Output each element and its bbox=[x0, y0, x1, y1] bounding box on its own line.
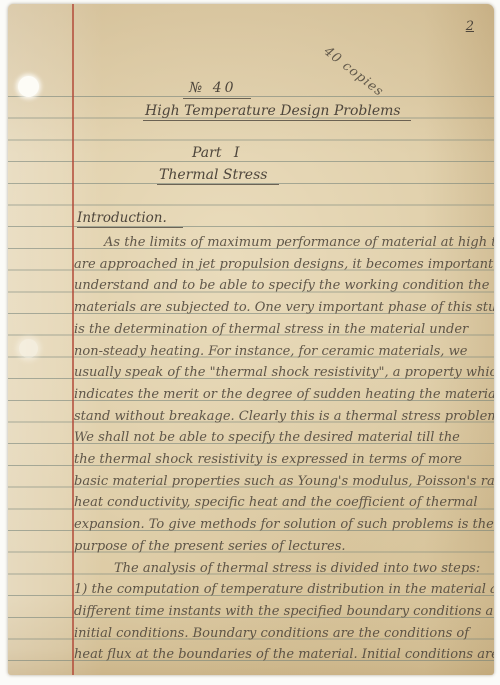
manuscript-line: heat flux at the boundaries of the mater… bbox=[74, 644, 494, 666]
manuscript-line: usually speak of the "thermal shock resi… bbox=[74, 362, 494, 384]
manuscript-line: different time instants with the specifi… bbox=[74, 601, 494, 623]
document-title: High Temperature Design Problems bbox=[143, 103, 411, 121]
hole-punch-bottom bbox=[19, 339, 38, 358]
manuscript-line: basic material properties such as Young'… bbox=[74, 471, 494, 493]
manuscript-line: understand and to be able to specify the… bbox=[74, 275, 494, 297]
manuscript-line: heat conductivity, specific heat and the… bbox=[74, 492, 494, 514]
manuscript-line: are approached in jet propulsion designs… bbox=[74, 254, 494, 276]
manuscript-body: As the limits of maximum performance of … bbox=[74, 232, 494, 668]
manuscript-line: The analysis of thermal stress is divide… bbox=[74, 558, 494, 580]
doc-number: № 40 bbox=[183, 80, 251, 99]
part-heading: Part I bbox=[192, 145, 239, 161]
scanned-page: 2 40 copies № 40 High Temperature Design… bbox=[0, 0, 500, 685]
copies-annotation: 40 copies bbox=[321, 44, 387, 100]
section-subtitle: Thermal Stress bbox=[157, 167, 279, 185]
manuscript-line: is the determination of thermal stress i… bbox=[74, 319, 494, 341]
manuscript-line: materials are subjected to. One very imp… bbox=[74, 297, 494, 319]
manuscript-line: initial conditions. Boundary conditions … bbox=[74, 623, 494, 645]
hole-punch-top bbox=[18, 76, 39, 97]
introduction-heading: Introduction. bbox=[77, 210, 183, 228]
manuscript-line: non-steady heating. For instance, for ce… bbox=[74, 341, 494, 363]
manuscript-line: purpose of the present series of lecture… bbox=[74, 536, 494, 558]
manuscript-line: stand without breakage. Clearly this is … bbox=[74, 406, 494, 428]
manuscript-line: indicates the merit or the degree of sud… bbox=[74, 384, 494, 406]
manuscript-line: We shall not be able to specify the desi… bbox=[74, 427, 494, 449]
manuscript-line: expansion. To give methods for solution … bbox=[74, 514, 494, 536]
paper-sheet: 2 40 copies № 40 High Temperature Design… bbox=[8, 4, 494, 675]
page-number: 2 bbox=[466, 19, 474, 34]
manuscript-line: the thermal shock resistivity is express… bbox=[74, 449, 494, 471]
manuscript-line: As the limits of maximum performance of … bbox=[74, 232, 494, 254]
manuscript-line: 1) the computation of temperature distri… bbox=[74, 579, 494, 601]
